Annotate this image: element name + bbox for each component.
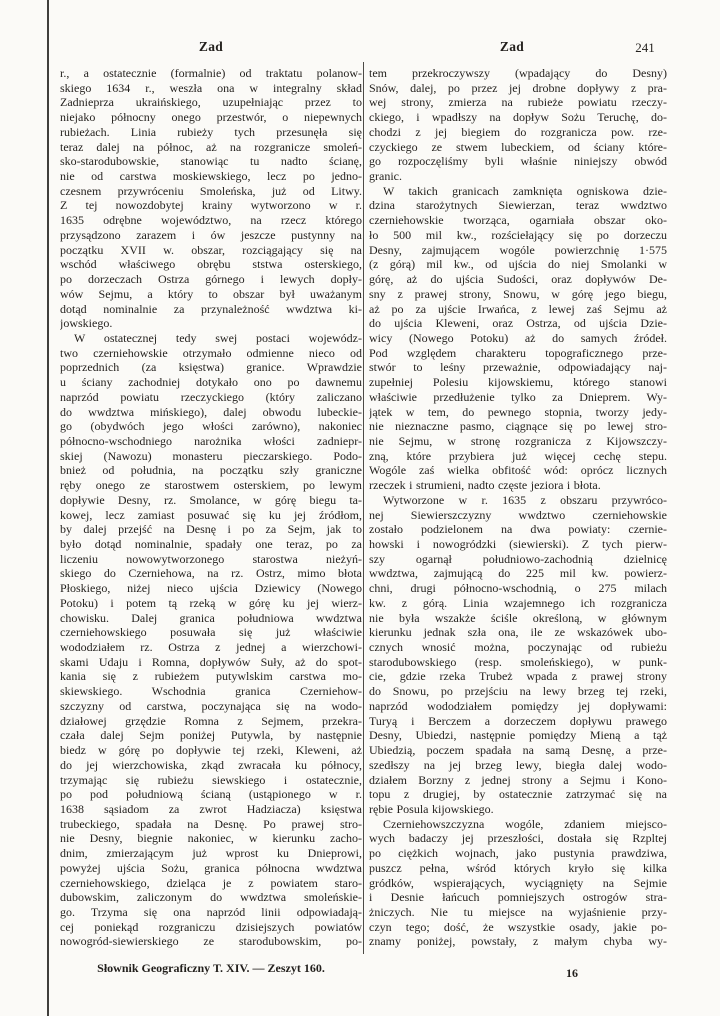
text-line: jowskiego. [60,316,362,331]
text-line: nowogród-siewierskiego ze starodubowskim… [60,934,362,949]
text-line: W takich granicach zamknięta ogniskowa d… [369,184,667,199]
text-line: topu z drugiej, by ostatecznie zatrzymać… [369,787,667,802]
text-line: kw. z górą. Linia wzajemnego ich rozgran… [369,596,667,611]
text-line: sny z prawej strony, Snowu, w górę jego … [369,287,667,302]
text-line: działem Borzny z jednej strony a Sejmu i… [369,773,667,788]
text-line: Desny, zajmującem wogóle powierzchnię 1·… [369,243,667,258]
text-line: W ostatecznej tedy swej postaci wojewódz… [60,331,362,346]
text-line: chodzi z jej biegiem do rozgranicza pow.… [369,125,667,140]
text-line: (z górą) mil kw., od ujścia do niej Smol… [369,257,667,272]
text-line: szedłszy na jej brzeg lewy, biegła dalej… [369,758,667,773]
text-line: górę, aż do ujścia Sudości, oraz dopływó… [369,272,667,287]
text-line: czerniehowskie tworząca, ogarniała obsza… [369,213,667,228]
text-column-left: r., a ostatecznie (formalnie) od traktat… [60,66,362,949]
text-line: 1635 odrębne województwo, na rzecz które… [60,213,362,228]
text-line: do wwdztwa mińskiego), dalej obwodu lube… [60,405,362,420]
text-line: do ujścia Kleweni, oraz Ostrza, od ujści… [369,316,667,331]
text-line: szy ogarnął południowo-zachodnią dzielni… [369,552,667,567]
text-line: go (obydwóch jego włości zarówno), nakon… [60,419,362,434]
text-line: dopływie Desny, rz. Smolance, w górę bie… [60,493,362,508]
text-line: r., a ostatecznie (formalnie) od traktat… [60,66,362,81]
text-line: rębie Posula kijowskiego. [369,802,667,817]
text-line: skiej (Nawozu) monasteru pieczarskiego. … [60,449,362,464]
text-line: granic. [369,169,667,184]
text-line: starodubowskiego (resp. smoleńskiego), w… [369,655,667,670]
text-line: wów Sejmu, a który to obszar był uważany… [60,287,362,302]
text-line: wicy (Nowego Potoku) aż do samych źródeł… [369,331,667,346]
text-line: czerniehowskiego, dzieląca je z powiatem… [60,876,362,891]
text-line: właściwie przedłużenie tylko za Dnieprem… [369,390,667,405]
text-line: Czerniehowszczyzna wogóle, zdaniem miejs… [369,817,667,832]
text-line: trzymając się rubieżu siewskiego i ostat… [60,773,362,788]
text-line: czerniehowskiego posuwała się już właści… [60,625,362,640]
text-line: go rozpoczęliśmy byli właśnie niniejszy … [369,154,667,169]
text-line: skiewskiego. Wschodnia granica Czernieho… [60,684,362,699]
text-line: teraz dalej na północ, aż na rozgranicze… [60,140,362,155]
text-line: znamy poniżej, powstały, z małym chyba w… [369,934,667,949]
text-line: Ubiedzią, poczem spadała na samą Desnę, … [369,743,667,758]
text-line: dnim, zmierzającym już wprost ku Dniepro… [60,846,362,861]
text-line: chni, drugi północno-wschodnią, o 275 mi… [369,581,667,596]
text-line: północno-wschodniego narożnika włości za… [60,434,362,449]
text-line: nie Desny, biegnie nakoniec, w kierunku … [60,831,362,846]
text-line: Pod względem charakteru topograficznego … [369,346,667,361]
text-line: powyżej ujścia Sożu, granica północna ww… [60,861,362,876]
text-line: skiego do Czerniehowa, na rz. Ostrz, mim… [60,566,362,581]
text-line: i Desnie łańcuch pomniejszych ostrogów s… [369,890,667,905]
page-number: 241 [622,40,668,56]
text-line: gródków, wspierających, wyciągnięty na S… [369,876,667,891]
text-line: nej Siewierszczyzny wwdztwo czerniehowsk… [369,508,667,523]
text-line: kowej, lecz zamiast posuwać się ku jej ź… [60,508,362,523]
text-line: po pod południową ścianą (ustąpionego w … [60,787,362,802]
text-line: Płoskiego, niżej nieco ujścia Dziewicy (… [60,581,362,596]
text-line: kierunku jednak szła ona, ile ze wskazów… [369,625,667,640]
footer-imprint: Słownik Geograficzny T. XIV. — Zeszyt 16… [60,961,362,976]
text-line: rzeczek i strumieni, nadto częste jezior… [369,478,667,493]
text-line: żniczych. Nie tu miejsce na wyjaśnienie … [369,905,667,920]
text-line: aż po za ujście Irwańca, z lewej zaś Sej… [369,302,667,317]
text-line: zupełniej Polesiu kijowskiemu, którego s… [369,375,667,390]
running-head-right: Zad [368,39,656,55]
text-column-right: tem przekroczywszy (wpadający do Desny)S… [369,66,667,949]
text-line: skiego 1634 r., weszła ona w integralny … [60,81,362,96]
text-line: jątek w tem, do pewnego stopnia, tworzy … [369,405,667,420]
text-line: cznych wnosić można, poczynając od rubie… [369,640,667,655]
text-line: Wogóle zaś wielka obfitość wód: oprócz l… [369,463,667,478]
text-line: stwór to leśny przeważnie, odpowiadający… [369,360,667,375]
text-line: rubieżach. Linia rubieży tych przesunęła… [60,125,362,140]
text-line: ręby onego ze starostwem osterskiem, po … [60,478,362,493]
text-line: wej strony, zmierza na rubieże powiatu r… [369,95,667,110]
text-line: puszcz pełna, wśród których kryło się ki… [369,861,667,876]
text-line: Z tej nowozdobytej krainy wytworzono w r… [60,198,362,213]
text-line: tem przekroczywszy (wpadający do Desny) [369,66,667,81]
text-line: nie była wszakże ściśle określoną, w głó… [369,611,667,626]
footer-sheet-number: 16 [556,966,588,981]
text-line: naprzód wododziałem pomiędzy jej dopływa… [369,699,667,714]
text-line: zną, które przybiera już więcej cechę st… [369,449,667,464]
text-line: nie Sejmu, w stronę rozgranicza z Kijows… [369,434,667,449]
text-line: dubowskim, zaliczonym do wwdztwa smoleńs… [60,890,362,905]
text-line: by dalej przejść na Desnę i po za Sejm, … [60,522,362,537]
scan-edge-line [47,0,49,1016]
text-line: Zadnieprza ukraińskiego, uzupełniając pr… [60,95,362,110]
text-line: dzina starożytnych Siewierzan, teraz wwd… [369,198,667,213]
text-line: sko-starodubowskie, stanowiąc tu nadto ś… [60,154,362,169]
text-line: niejako północny onego przestwór, o niep… [60,110,362,125]
text-line: 1638 sąsiadom za zwrot Hadziacza) księst… [60,802,362,817]
text-line: wschód właściwego obrębu ststwa osterski… [60,257,362,272]
text-line: Turyą i Berczem a dorzeczem dopływu praw… [369,714,667,729]
text-line: howski i nowogródzki (siewierski). Z tyc… [369,537,667,552]
text-line: wych badaczy jej przeszłości, dostała si… [369,831,667,846]
text-line: liczeniu nowowytworzonego starostwa nież… [60,552,362,567]
text-line: chowisku. Dalej granica południowa wwdzt… [60,611,362,626]
text-line: skami Udaju i Romna, dopływów Suły, aż d… [60,655,362,670]
text-line: dotąd nominalnie za przynależność wwdztw… [60,302,362,317]
text-line: po ciężkich wojnach, jako pustynia prawd… [369,846,667,861]
text-line: nie od carstwa moskiewskiego, lecz po je… [60,169,362,184]
text-line: bnież od południa, na początku szły gran… [60,463,362,478]
text-line: ło 500 mil kw., rozściełający się po dor… [369,228,667,243]
text-line: cej poniekąd rozgraniczu dzisiejszych po… [60,920,362,935]
text-line: biedz w górę po dopływie tej rzeki, Klew… [60,743,362,758]
text-line: poprzednich (za księstwa) granice. Wpraw… [60,360,362,375]
text-line: nie nieznaczne pasmo, ciągnące się po le… [369,419,667,434]
text-line: Potoku) i potem tą rzeką w górę ku jej w… [60,596,362,611]
scanned-book-page: Zad Zad 241 r., a ostatecznie (formalnie… [0,0,720,1016]
text-line: cie, gdzie rzeka Trubeż wpada z prawej s… [369,669,667,684]
text-line: szczyzny od carstwa, poczynająca się na … [60,699,362,714]
text-line: do jej wierzchowiska, zkąd zwracała ku p… [60,758,362,773]
running-head-left: Zad [60,39,362,55]
text-line: było dotąd nominalnie, spadały one teraz… [60,537,362,552]
text-line: działowej grzędzie Romna z Sejmem, przek… [60,714,362,729]
text-line: początku XVII w. obszar, rozciągający si… [60,243,362,258]
text-line: Snów, dalej, po przez jej drobne dopływy… [369,81,667,96]
text-line: two czerniehowskie otrzymało odmienne ni… [60,346,362,361]
text-line: Desny, Ubiedzi, następnie pomiędzy Mieną… [369,728,667,743]
text-line: wwdztwa, zajmującą do 225 mil kw. powier… [369,566,667,581]
text-line: naprzód powiatu rzeczyckiego (który zali… [60,390,362,405]
text-line: czyckiego ze stwem lubeckiem, od ściany … [369,140,667,155]
text-line: wododziałem rz. Ostrza z jednej a wierzc… [60,640,362,655]
text-line: u ściany zachodniej dotykało ono po dawn… [60,375,362,390]
text-line: po dorzeczach Ostrza górnego i lewych do… [60,272,362,287]
text-line: kania się z rubieżem putywlskim carstwa … [60,669,362,684]
text-line: ckiego, i wpadłszy na dopływ Sożu Teruch… [369,110,667,125]
text-line: czyn tego; dość, że wszystkie osady, jak… [369,920,667,935]
text-line: Wytworzone w r. 1635 z obszaru przywróco… [369,493,667,508]
text-line: do Snowu, po przejściu na lewy brzeg tej… [369,684,667,699]
column-divider [363,62,364,954]
text-line: zostało podzielonem na dwa powiaty: czer… [369,522,667,537]
text-line: go. Trzyma się ona naprzód linii odpowia… [60,905,362,920]
text-line: czała dalej Sejm poniżej Putywla, by nas… [60,728,362,743]
text-line: trubeckiego, spadała na Desnę. Po prawej… [60,817,362,832]
text-line: przysądzono zarazem i ów jeszcze pustynn… [60,228,362,243]
text-line: czesnem przywróceniu Smoleńska, już od L… [60,184,362,199]
